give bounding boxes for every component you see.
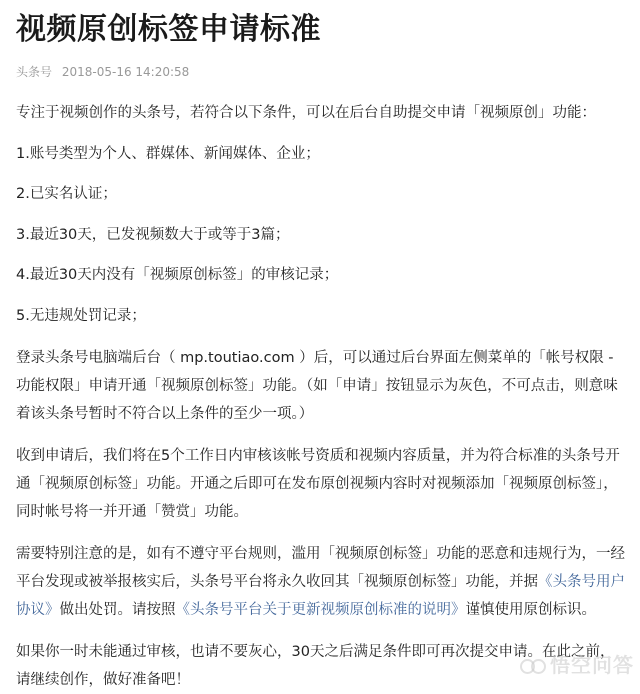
article-meta: 头条号 2018-05-16 14:20:58 <box>16 64 626 80</box>
warning-text-3: 谨慎使用原创标识。 <box>466 602 597 618</box>
condition-item: 1.账号类型为个人、群媒体、新闻媒体、企业； <box>16 140 626 168</box>
paragraph-review: 收到申请后，我们将在5个工作日内审核该帐号资质和视频内容质量，并为符合标准的头条… <box>16 442 626 526</box>
article-datetime: 2018-05-16 14:20:58 <box>62 65 189 79</box>
article-title: 视频原创标签申请标准 <box>16 0 626 50</box>
article: 视频原创标签申请标准 头条号 2018-05-16 14:20:58 专注于视频… <box>16 0 626 694</box>
condition-item: 3.最近30天，已发视频数大于或等于3篇； <box>16 221 626 249</box>
paragraph-intro: 专注于视频创作的头条号，若符合以下条件，可以在后台自助提交申请「视频原创」功能： <box>16 99 626 127</box>
condition-item: 5.无违规处罚记录； <box>16 302 626 330</box>
condition-item: 4.最近30天内没有「视频原创标签」的审核记录； <box>16 261 626 289</box>
paragraph-login: 登录头条号电脑端后台（ mp.toutiao.com ）后，可以通过后台界面左侧… <box>16 344 626 428</box>
article-body: 专注于视频创作的头条号，若符合以下条件，可以在后台自助提交申请「视频原创」功能：… <box>16 99 626 694</box>
article-source[interactable]: 头条号 <box>16 65 52 79</box>
warning-text-2: 做出处罚。请按照 <box>60 602 176 618</box>
warning-text-1: 需要特别注意的是，如有不遵守平台规则，滥用「视频原创标签」功能的恶意和违规行为，… <box>16 546 625 590</box>
condition-item: 2.已实名认证； <box>16 180 626 208</box>
paragraph-warning: 需要特别注意的是，如有不遵守平台规则，滥用「视频原创标签」功能的恶意和违规行为，… <box>16 540 626 624</box>
paragraph-closing: 如果你一时未能通过审核，也请不要灰心，30天之后满足条件即可再次提交申请。在此之… <box>16 638 626 694</box>
original-standard-link[interactable]: 《头条号平台关于更新视频原创标准的说明》 <box>176 602 466 618</box>
